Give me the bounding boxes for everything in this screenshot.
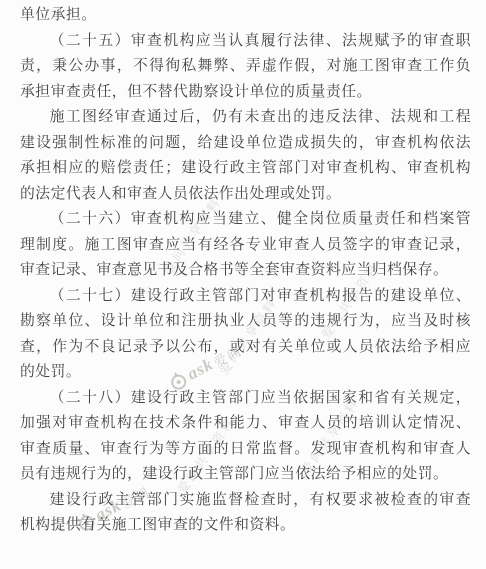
text-line: 查，作为不良记录予以公布，或对有关单位或人员依法给予相应 — [20, 335, 471, 361]
text-line: （二十七）建设行政主管部门对审查机构报告的建设单位、 — [20, 284, 471, 310]
text-line: 勘察单位、设计单位和注册执业人员等的违规行为，应当及时核 — [20, 309, 471, 335]
text-line: 建设行政主管部门实施监督检查时，有权要求被检查的审查 — [20, 488, 471, 514]
text-line: （二十六）审查机构应当建立、健全岗位质量责任和档案管 — [20, 207, 471, 233]
text-line: 施工图经审查通过后，仍有未查出的违反法律、法规和工程 — [20, 105, 471, 131]
text-line: 加强对审查机构在技术条件和能力、审查人员的培训认定情况、 — [20, 411, 471, 437]
text-line: 的法定代表人和审查人员依法作出处理或处罚。 — [20, 182, 471, 208]
document-page: 爱问共享资料爱问共享资料爱问共享资料爱问共享资料爱问共享资料ask爱问ask爱问… — [0, 0, 486, 569]
text-line: 承担相应的赔偿责任；建设行政主管部门对审查机构、审查机构 — [20, 156, 471, 182]
text-line: （二十八）建设行政主管部门应当依据国家和省有关规定， — [20, 386, 471, 412]
text-line: （二十五）审查机构应当认真履行法律、法规赋予的审查职 — [20, 29, 471, 55]
text-line: 审查记录、审查意见书及合格书等全套审查资料应当归档保存。 — [20, 258, 471, 284]
text-line: 员有违规行为的，建设行政主管部门应当依法给予相应的处罚。 — [20, 462, 471, 488]
text-line: 承担审查责任，但不替代勘察设计单位的质量责任。 — [20, 80, 471, 106]
text-line: 审查质量、审查行为等方面的日常监督。发现审查机构和审查人 — [20, 437, 471, 463]
text-line: 机构提供有关施工图审查的文件和资料。 — [20, 513, 471, 539]
text-line: 理制度。施工图审查应当有经各专业审查人员签字的审查记录， — [20, 233, 471, 259]
text-line: 建设强制性标准的问题，给建设单位造成损失的，审查机构依法 — [20, 131, 471, 157]
text-line: 责，秉公办事，不得徇私舞弊、弄虚作假，对施工图审查工作负责， — [20, 54, 471, 80]
document-body: 单位承担。（二十五）审查机构应当认真履行法律、法规赋予的审查职责，秉公办事，不得… — [20, 3, 471, 539]
text-line: 的处罚。 — [20, 360, 471, 386]
text-line: 单位承担。 — [20, 3, 471, 29]
